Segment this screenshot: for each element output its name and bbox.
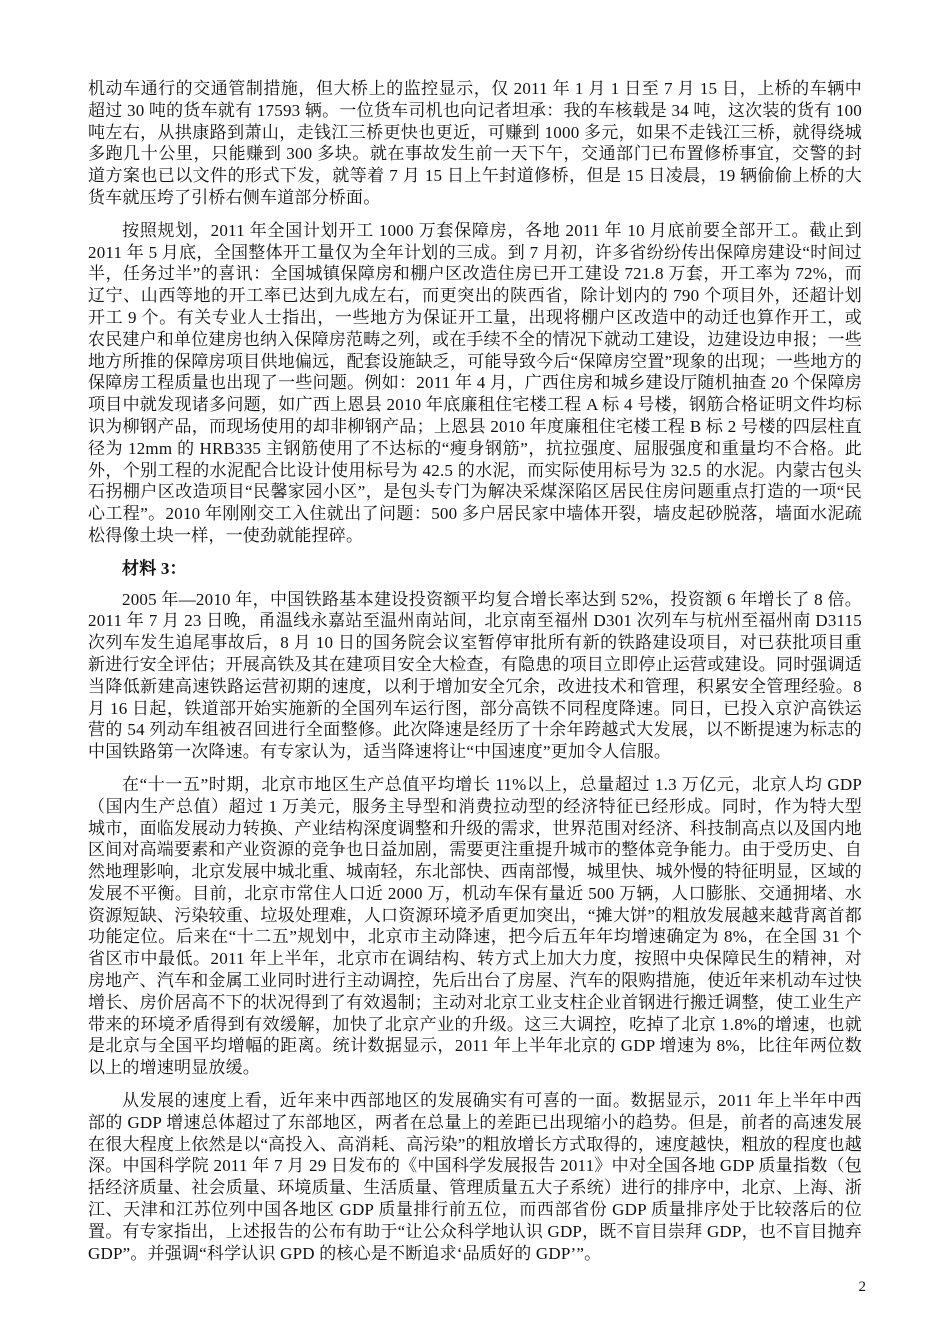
page-number: 2 bbox=[859, 1278, 867, 1296]
document-body: 机动车通行的交通管制措施，但大桥上的监控显示，仅 2011 年 1 月 1 日至… bbox=[88, 78, 862, 1275]
paragraph-central-western-gdp-quality: 从发展的速度上看，近年来中西部地区的发展确实有可喜的一面。数据显示，2011 年… bbox=[88, 1090, 862, 1264]
document-page: 机动车通行的交通管制措施，但大桥上的监控显示，仅 2011 年 1 月 1 日至… bbox=[0, 0, 950, 1344]
paragraph-railway-investment-slowdown: 2005 年—2010 年，中国铁路基本建设投资额平均复合增长率达到 52%，投… bbox=[88, 589, 862, 763]
paragraph-bridge-traffic-control: 机动车通行的交通管制措施，但大桥上的监控显示，仅 2011 年 1 月 1 日至… bbox=[88, 78, 862, 209]
section-heading-material-3: 材料 3： bbox=[88, 558, 862, 580]
paragraph-affordable-housing: 按照规划，2011 年全国计划开工 1000 万套保障房，各地 2011 年 1… bbox=[88, 220, 862, 547]
paragraph-beijing-gdp-adjustment: 在“十一五”时期，北京市地区生产总值平均增长 11%以上，总量超过 1.3 万亿… bbox=[88, 774, 862, 1079]
